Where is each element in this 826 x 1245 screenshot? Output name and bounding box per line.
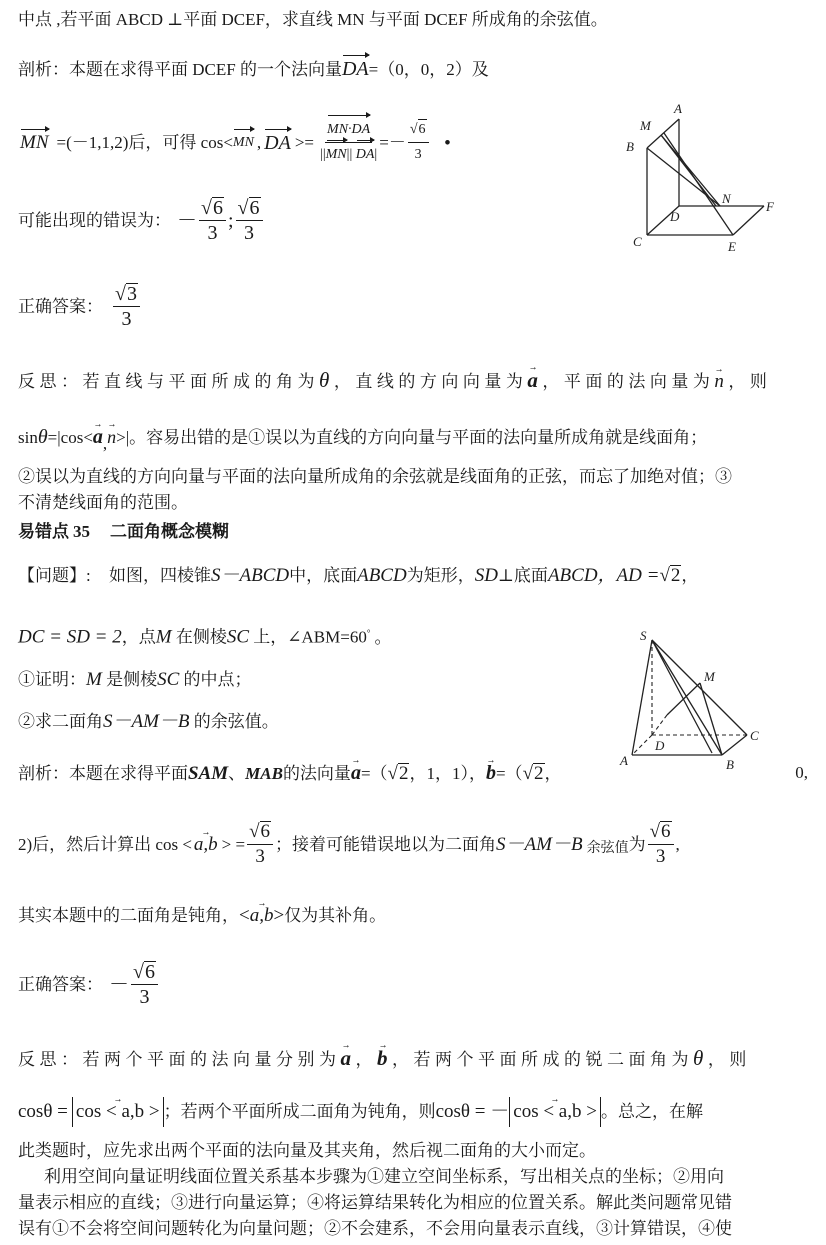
- label-m: M: [639, 118, 652, 133]
- norm-bar: ||: [347, 147, 353, 162]
- summary-line-3: 误有①不会将空间问题转化为向量问题；②不会建系，不会用向量表示直线，③计算错误，…: [18, 1218, 732, 1240]
- vector-a: a: [341, 1047, 356, 1069]
- analysis-line: 剖析：本题在求得平面 DCEF 的一个法向量DA=（0，0，2）及: [18, 58, 489, 81]
- numerator: √6: [648, 820, 674, 845]
- vector-da-2: DA: [264, 132, 291, 154]
- denominator: 3: [139, 985, 149, 1009]
- plane-sam: SAM: [188, 763, 228, 784]
- base-name: ABCD: [548, 565, 598, 586]
- theta-symbol: θ: [693, 1046, 708, 1070]
- comma: ，: [681, 566, 698, 585]
- dihedral-expr: S－AM－B: [496, 832, 583, 858]
- reflection-35-3: 此类题时，应先求出两个平面的法向量及其夹角，然后视二面角的大小而定。: [18, 1140, 596, 1162]
- text: =（: [361, 764, 388, 783]
- correct-answer-1: 正确答案： √3 3: [18, 282, 142, 331]
- ad-eq: ，AD =: [598, 565, 660, 586]
- text: ，则: [728, 372, 771, 391]
- label-m: M: [703, 669, 716, 684]
- text: >|。容易出错的是①误以为直线的方向向量与平面的法向量所成角就是线面角；: [116, 428, 707, 447]
- correct-label: 正确答案：: [18, 294, 103, 320]
- abs-bar: |: [374, 147, 377, 162]
- fraction-sqrt6-3: √6 3: [648, 820, 674, 869]
- numerator: √3: [113, 282, 140, 307]
- correct-label: 正确答案：: [18, 972, 103, 998]
- radicand: 6: [418, 119, 427, 140]
- plane-mab: MAB: [245, 764, 283, 783]
- heading-title: 二面角概念模糊: [110, 522, 229, 541]
- label-d: D: [669, 209, 680, 224]
- fraction-denominator: ||MN|| DA|: [320, 143, 377, 167]
- dihedral-expr: S－AM－B: [103, 711, 190, 732]
- text: 如图，四棱锥: [109, 566, 211, 585]
- text: ,: [676, 832, 680, 858]
- point-m: M: [86, 669, 102, 690]
- bullet-dot: •: [445, 132, 451, 154]
- analysis-value: =（0，0，2）及: [369, 60, 489, 79]
- abs-cos-ab: cos < a,b >: [509, 1097, 601, 1127]
- problem-line-2: DC = SD = 2，点M 在侧棱SC 上，∠ABM=60°。: [18, 622, 391, 649]
- lt: <: [239, 905, 250, 926]
- vector-a: a: [93, 426, 103, 448]
- sin: sin: [18, 428, 38, 447]
- dc-sd-eq: DC = SD = 2: [18, 627, 122, 648]
- neg-sign: －: [109, 972, 129, 998]
- text: 反思：若直线与平面所成的角为: [18, 372, 319, 391]
- vector-da: DA: [342, 58, 369, 80]
- sep: 、: [228, 764, 245, 783]
- analysis-35-line-1: 剖析：本题在求得平面SAM、MAB的法向量a=（√2，1，1），b=（√2， 0…: [18, 762, 808, 785]
- edge-sc: SC: [157, 669, 179, 690]
- actual-statement: 其实本题中的二面角是钝角，<a,b>仅为其补角。: [18, 905, 386, 927]
- text: 的余弦值。: [194, 712, 279, 731]
- result-fraction: √6 3: [408, 118, 429, 167]
- text: 反思：若两个平面的法向量分别为: [18, 1050, 341, 1069]
- text: 是侧棱: [106, 670, 157, 689]
- text: 的中点；: [184, 670, 252, 689]
- cos-theta: cosθ = －: [436, 1097, 510, 1127]
- vector-b: b: [377, 1047, 392, 1069]
- vectors-ab: a,b: [194, 832, 218, 858]
- text: 中，底面: [289, 566, 357, 585]
- correct-fraction: √3 3: [113, 282, 140, 331]
- result-numerator: √6: [408, 118, 429, 143]
- radicand: 6: [144, 961, 156, 982]
- heading-prefix: 易错点: [18, 522, 69, 541]
- reflection-4: 不清楚线面角的范围。: [18, 492, 188, 514]
- denominator: 3: [244, 221, 254, 245]
- text: ，则: [708, 1050, 751, 1069]
- analysis-35-line-2: 2)后，然后计算出 cos < a,b > = √6 3 ；接着可能错误地以为二…: [18, 820, 680, 869]
- neg-sign: －: [177, 208, 197, 234]
- cos-fraction: MN·DA ||MN|| DA|: [320, 118, 377, 167]
- text: ，1，1），: [409, 764, 486, 783]
- text: ；接着可能错误地以为二面角: [275, 832, 496, 858]
- text: ①证明：: [18, 670, 86, 689]
- possible-errors-label: 可能出现的错误为：: [18, 208, 171, 234]
- radicand: 6: [212, 197, 224, 218]
- text: ，直线的方向向量为: [334, 372, 528, 391]
- vector-b: b: [486, 762, 496, 784]
- vector-n: n: [714, 371, 728, 393]
- numerator: √6: [131, 960, 158, 985]
- separator: ;: [228, 208, 234, 234]
- reflection-1: 反思：若直线与平面所成的角为θ，直线的方向向量为a，平面的法向量为n，则: [18, 369, 808, 393]
- label-n: N: [721, 191, 732, 206]
- radicand: 6: [249, 197, 261, 218]
- text: 其实本题中的二面角是钝角，: [18, 906, 239, 925]
- numerator: √6: [247, 820, 273, 845]
- gt: >: [273, 905, 284, 926]
- vector-n: n: [107, 426, 116, 448]
- numerator: √6: [236, 196, 263, 221]
- base-name: ABCD: [357, 565, 407, 586]
- vector-mn-small: MN: [233, 132, 254, 154]
- result-denominator: 3: [415, 143, 422, 167]
- text: 。总之，在解: [601, 1097, 703, 1127]
- text: ，点: [122, 628, 156, 647]
- text: 为矩形，: [407, 566, 475, 585]
- theta-symbol: θ: [319, 368, 334, 392]
- text: > =: [222, 832, 245, 858]
- text: =|cos<: [48, 428, 93, 447]
- text: ，平面的法向量为: [542, 372, 714, 391]
- reflection-35-2: cosθ = cos < a,b > ；若两个平面所成二面角为钝角，则 cosθ…: [18, 1097, 703, 1127]
- text: ⊥底面: [498, 566, 548, 585]
- point-m: M: [156, 627, 172, 648]
- figure-prism-diagram: A M B N D F C E: [600, 85, 790, 255]
- text: 在侧棱: [176, 628, 227, 647]
- vector-a: a: [351, 762, 361, 784]
- fraction-sqrt6-3: √6 3: [247, 820, 273, 869]
- problem-line-1: 【问题】: 如图，四棱锥S－ABCD中，底面ABCD为矩形，SD⊥底面ABCD，…: [18, 565, 698, 587]
- text: 剖析：本题在求得平面: [18, 764, 188, 783]
- numerator: √6: [199, 196, 226, 221]
- question-1: ①证明：M 是侧棱SC 的中点；: [18, 669, 252, 691]
- vector-a: a: [527, 369, 542, 391]
- zero-value: 0,: [795, 762, 808, 784]
- cos-formula-line: MN =(－1,1,2)后，可得 cos< MN , DA >= MN·DA |…: [20, 118, 450, 167]
- radicand: 3: [126, 283, 138, 304]
- label-e: E: [727, 239, 736, 254]
- text: ，: [545, 764, 562, 783]
- mn-value: =(－1,1,2)后，可得 cos<: [57, 132, 233, 154]
- comma: ，: [356, 1050, 378, 1069]
- text: ，若两个平面所成的锐二面角为: [392, 1050, 693, 1069]
- label-f: F: [765, 199, 775, 214]
- label-b: B: [626, 139, 634, 154]
- text: 2)后，然后计算出 cos <: [18, 832, 192, 858]
- radicand: 2: [533, 763, 545, 784]
- pyramid-name: S－ABCD: [211, 565, 289, 586]
- denom-da: DA: [356, 143, 375, 167]
- text: ；若两个平面所成二面角为钝角，则: [164, 1097, 436, 1127]
- abs-cos-ab: cos < a,b >: [72, 1097, 164, 1127]
- denom-mn: MN: [326, 143, 347, 167]
- edge-sc: SC: [227, 627, 249, 648]
- denominator: 3: [121, 307, 131, 331]
- degree: °: [367, 628, 371, 638]
- possible-errors-line: 可能出现的错误为： － √6 3 ; √6 3: [18, 196, 265, 245]
- comma: ,: [257, 132, 261, 154]
- heading-number: 35: [73, 522, 90, 541]
- denominator: 3: [207, 221, 217, 245]
- text: 仅为其补角。: [284, 906, 386, 925]
- error-fraction-2: √6 3: [236, 196, 263, 245]
- radicand: 6: [260, 821, 272, 842]
- text: 为: [629, 832, 646, 858]
- label-s: S: [640, 628, 647, 643]
- eq-neg: =－: [379, 132, 406, 154]
- angle-text: 上，∠ABM=60: [253, 628, 367, 647]
- radicand: 2: [398, 763, 410, 784]
- correct-fraction: √6 3: [131, 960, 158, 1009]
- error-fraction-1: √6 3: [199, 196, 226, 245]
- radicand: 2: [670, 565, 682, 586]
- figure-pyramid-diagram: S M D C A B: [612, 625, 772, 775]
- reflection-35-1: 反思：若两个平面的法向量分别为a，b，若两个平面所成的锐二面角为θ，则: [18, 1047, 808, 1071]
- theta-symbol: θ: [38, 426, 48, 448]
- vectors-ab: a,b: [250, 905, 274, 927]
- summary-line-1: 利用空间向量证明线面位置关系基本步骤为①建立空间坐标系，写出相关点的坐标；②用向: [44, 1166, 724, 1188]
- question-2: ②求二面角S－AM－B 的余弦值。: [18, 711, 279, 733]
- numerator-vectors: MN·DA: [327, 118, 370, 142]
- text: 的法向量: [283, 764, 351, 783]
- section-heading: 易错点35二面角概念模糊: [18, 521, 229, 543]
- denominator: 3: [656, 845, 666, 869]
- radicand: 6: [660, 821, 672, 842]
- reflection-2: sinθ=|cos<a,n>|。容易出错的是①误以为直线的方向向量与平面的法向量…: [18, 426, 707, 449]
- denominator: 3: [255, 845, 265, 869]
- analysis-prefix: 剖析：本题在求得平面 DCEF 的一个法向量: [18, 60, 342, 79]
- label-c: C: [750, 728, 759, 743]
- text: ②求二面角: [18, 712, 103, 731]
- text: 余弦值: [587, 836, 629, 862]
- correct-answer-2: 正确答案： － √6 3: [18, 960, 160, 1009]
- reflection-3: ②误以为直线的方向向量与平面的法向量所成角的余弦就是线面角的正弦，而忘了加绝对值…: [18, 466, 732, 488]
- label-a: A: [673, 101, 682, 116]
- sd: SD: [475, 565, 498, 586]
- vector-mn: MN: [20, 132, 49, 154]
- summary-line-2: 量表示相应的直线；③进行向量运算；④将运算结果转化为相应的位置关系。解此类问题常…: [18, 1192, 732, 1214]
- period: 。: [374, 628, 391, 647]
- cos-theta: cosθ =: [18, 1097, 68, 1127]
- problem-continuation: 中点 ,若平面 ABCD ⊥平面 DCEF，求直线 MN 与平面 DCEF 所成…: [18, 9, 608, 31]
- label-c: C: [633, 234, 642, 249]
- problem-label: 【问题】:: [18, 566, 91, 585]
- text: =（: [496, 764, 523, 783]
- cos-end: >=: [295, 132, 314, 154]
- label-d: D: [654, 738, 665, 753]
